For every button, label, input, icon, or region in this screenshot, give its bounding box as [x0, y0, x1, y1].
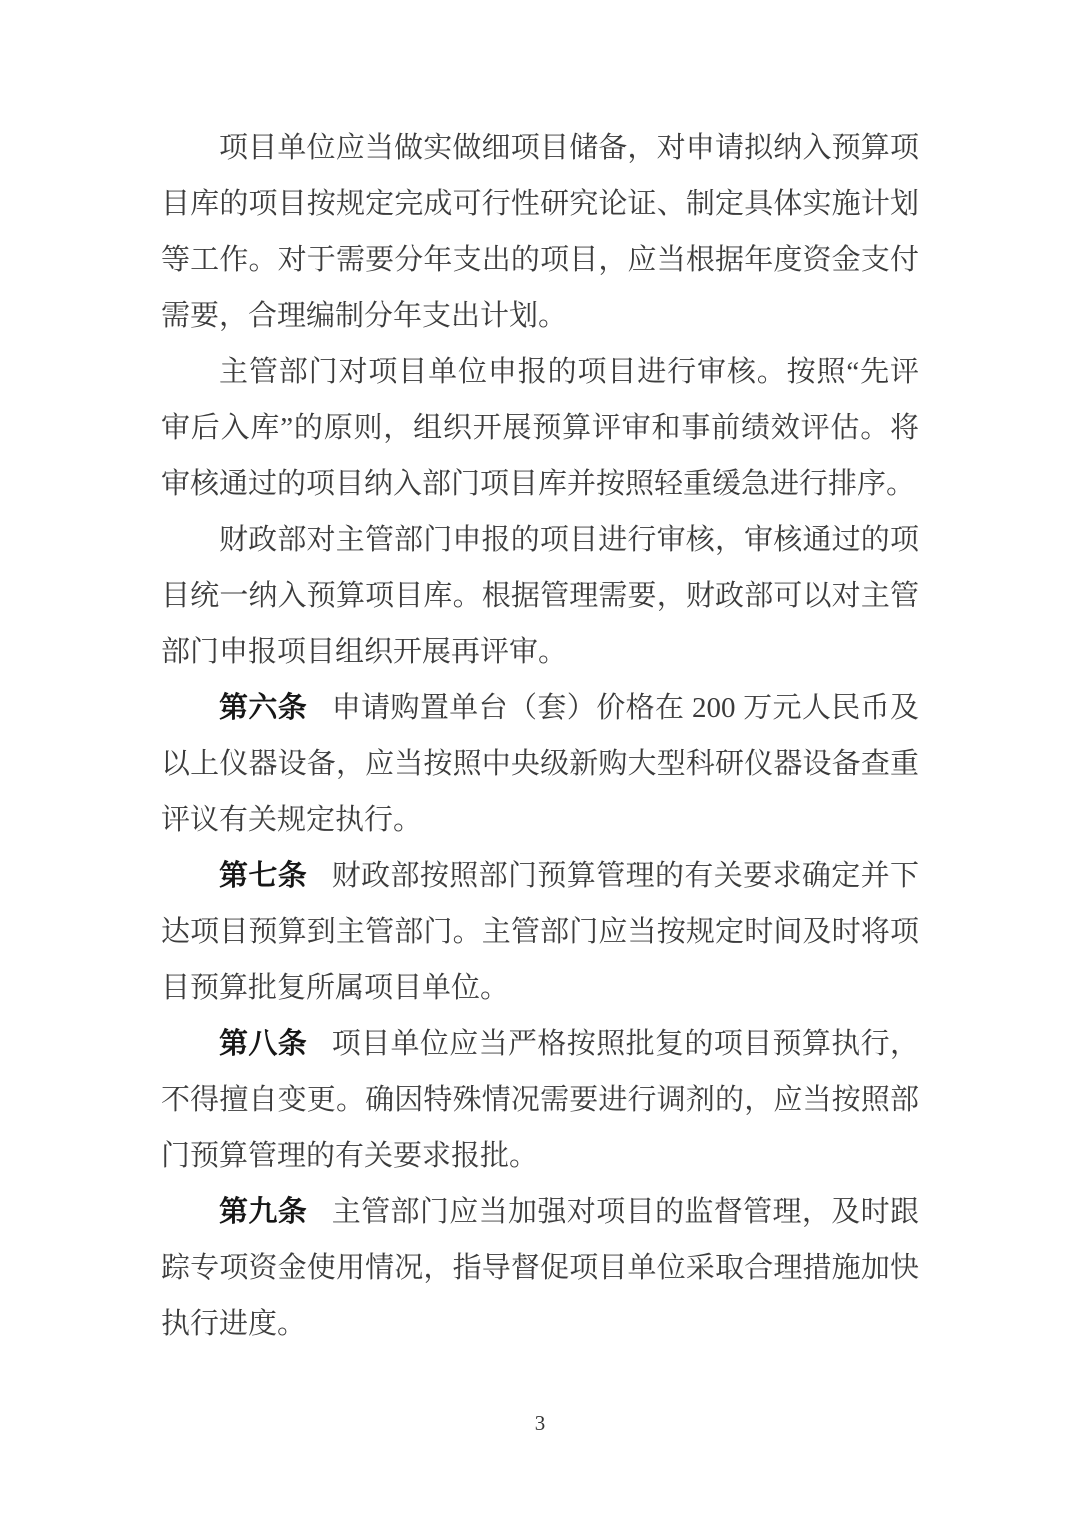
paragraph-text: 项目单位应当做实做细项目储备，对申请拟纳入预算项目库的项目按规定完成可行性研究论… — [161, 132, 919, 332]
article-label: 第九条 — [219, 1196, 307, 1228]
page-number: 3 — [0, 1408, 1080, 1438]
paragraph: 第七条财政部按照部门预算管理的有关要求确定并下达项目预算到主管部门。主管部门应当… — [161, 848, 919, 1016]
document-body: 项目单位应当做实做细项目储备，对申请拟纳入预算项目库的项目按规定完成可行性研究论… — [161, 120, 919, 1352]
paragraph: 第六条申请购置单台（套）价格在 200 万元人民币及以上仪器设备，应当按照中央级… — [161, 680, 919, 848]
paragraph: 主管部门对项目单位申报的项目进行审核。按照“先评审后入库”的原则，组织开展预算评… — [161, 344, 919, 512]
paragraph: 项目单位应当做实做细项目储备，对申请拟纳入预算项目库的项目按规定完成可行性研究论… — [161, 120, 919, 344]
article-label: 第八条 — [219, 1028, 307, 1060]
document-page: 项目单位应当做实做细项目储备，对申请拟纳入预算项目库的项目按规定完成可行性研究论… — [0, 0, 1080, 1527]
paragraph: 财政部对主管部门申报的项目进行审核，审核通过的项目统一纳入预算项目库。根据管理需… — [161, 512, 919, 680]
paragraph-text: 财政部对主管部门申报的项目进行审核，审核通过的项目统一纳入预算项目库。根据管理需… — [161, 524, 919, 668]
paragraph: 第八条项目单位应当严格按照批复的项目预算执行，不得擅自变更。确因特殊情况需要进行… — [161, 1016, 919, 1184]
paragraph: 第九条主管部门应当加强对项目的监督管理，及时跟踪专项资金使用情况，指导督促项目单… — [161, 1184, 919, 1352]
article-label: 第六条 — [219, 692, 307, 724]
article-label: 第七条 — [219, 860, 307, 892]
paragraph-text: 主管部门对项目单位申报的项目进行审核。按照“先评审后入库”的原则，组织开展预算评… — [161, 356, 919, 500]
